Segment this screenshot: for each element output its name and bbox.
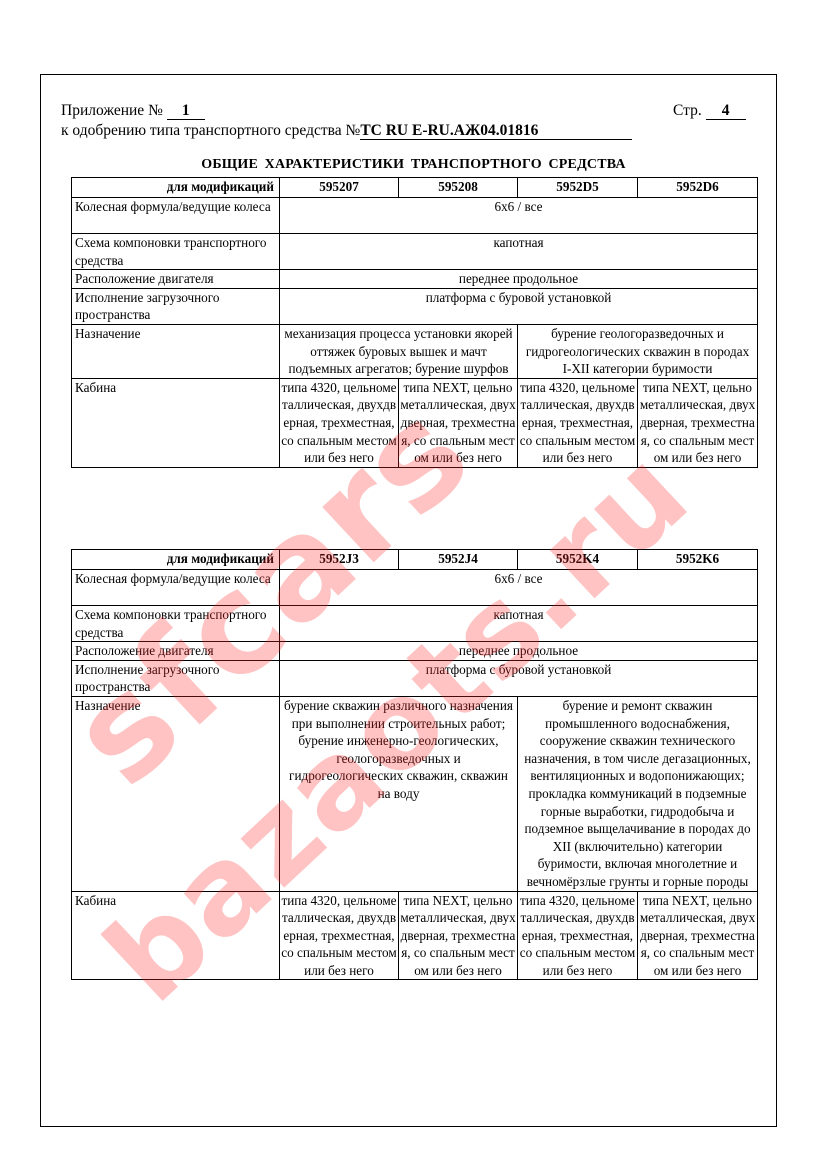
approval-line: к одобрению типа транспортного средства … <box>61 122 632 140</box>
row-value: капотная <box>280 606 758 642</box>
row-label: Назначение <box>72 696 280 891</box>
row-value: механизация процесса установки якорей от… <box>280 324 518 378</box>
cabin-cell: типа NEXT, цельнометаллическая, двухдвер… <box>638 378 758 467</box>
cabin-cell: типа 4320, цельнометаллическая, двухдвер… <box>518 378 638 467</box>
model-cell: 595208 <box>399 178 518 198</box>
modifications-label: для модификаций <box>72 178 280 198</box>
table-header-row: для модификаций 5952J3 5952J4 5952K4 595… <box>72 550 758 570</box>
row-value: бурение скважин различного назначения пр… <box>280 696 518 891</box>
table-row: Исполнение загрузочного пространства пла… <box>72 288 758 324</box>
model-cell: 5952J4 <box>399 550 518 570</box>
row-value: платформа с буровой установкой <box>280 660 758 696</box>
appendix-label: Приложение № <box>61 102 163 119</box>
model-cell: 5952J3 <box>280 550 399 570</box>
row-label: Исполнение загрузочного пространства <box>72 288 280 324</box>
appendix-number: 1 <box>167 102 205 120</box>
cabin-cell: типа 4320, цельнометаллическая, двухдвер… <box>280 378 399 467</box>
page-number-line: Стр. 4 <box>673 102 746 120</box>
table-row: Колесная формула/ведущие колеса 6х6 / вс… <box>72 570 758 606</box>
row-label: Схема компоновки транспортного средства <box>72 234 280 270</box>
row-value: 6х6 / все <box>280 198 758 234</box>
table-row: Расположение двигателя переднее продольн… <box>72 642 758 661</box>
row-value: капотная <box>280 234 758 270</box>
cabin-cell: типа 4320, цельнометаллическая, двухдвер… <box>518 891 638 980</box>
appendix-line: Приложение № 1 <box>61 102 205 120</box>
table-row: Схема компоновки транспортного средства … <box>72 606 758 642</box>
model-cell: 5952K6 <box>638 550 758 570</box>
model-cell: 595207 <box>280 178 399 198</box>
table-row: Кабина типа 4320, цельнометаллическая, д… <box>72 891 758 980</box>
row-value: 6х6 / все <box>280 570 758 606</box>
row-label: Расположение двигателя <box>72 642 280 661</box>
row-label: Расположение двигателя <box>72 270 280 289</box>
row-value: переднее продольное <box>280 270 758 289</box>
table-row: Назначение бурение скважин различного на… <box>72 696 758 891</box>
modifications-label: для модификаций <box>72 550 280 570</box>
model-cell: 5952D6 <box>638 178 758 198</box>
row-label: Кабина <box>72 891 280 980</box>
row-label: Назначение <box>72 324 280 378</box>
table-row: Колесная формула/ведущие колеса 6х6 / вс… <box>72 198 758 234</box>
cabin-cell: типа 4320, цельнометаллическая, двухдвер… <box>280 891 399 980</box>
row-label: Исполнение загрузочного пространства <box>72 660 280 696</box>
spec-table-2: для модификаций 5952J3 5952J4 5952K4 595… <box>71 549 758 980</box>
row-value: бурение геологоразведочных и гидрогеолог… <box>518 324 758 378</box>
document-title: ОБЩИЕ ХАРАКТЕРИСТИКИ ТРАНСПОРТНОГО СРЕДС… <box>0 157 827 173</box>
row-value: бурение и ремонт скважин промышленного в… <box>518 696 758 891</box>
spec-table-1: для модификаций 595207 595208 5952D5 595… <box>71 177 758 468</box>
cabin-cell: типа NEXT, цельнометаллическая, двухдвер… <box>399 378 518 467</box>
model-cell: 5952K4 <box>518 550 638 570</box>
page-number: 4 <box>706 102 746 120</box>
approval-label: к одобрению типа транспортного средства … <box>61 122 360 139</box>
model-cell: 5952D5 <box>518 178 638 198</box>
row-label: Схема компоновки транспортного средства <box>72 606 280 642</box>
row-value: платформа с буровой установкой <box>280 288 758 324</box>
row-value: переднее продольное <box>280 642 758 661</box>
page-label: Стр. <box>673 102 702 119</box>
table-header-row: для модификаций 595207 595208 5952D5 595… <box>72 178 758 198</box>
row-label: Колесная формула/ведущие колеса <box>72 570 280 606</box>
row-label: Кабина <box>72 378 280 467</box>
table-row: Расположение двигателя переднее продольн… <box>72 270 758 289</box>
table-row: Схема компоновки транспортного средства … <box>72 234 758 270</box>
table-row: Назначение механизация процесса установк… <box>72 324 758 378</box>
cabin-cell: типа NEXT, цельнометаллическая, двухдвер… <box>638 891 758 980</box>
table-row: Кабина типа 4320, цельнометаллическая, д… <box>72 378 758 467</box>
table-row: Исполнение загрузочного пространства пла… <box>72 660 758 696</box>
approval-number: ТС RU E-RU.АЖ04.01816 <box>360 122 632 140</box>
row-label: Колесная формула/ведущие колеса <box>72 198 280 234</box>
cabin-cell: типа NEXT, цельнометаллическая, двухдвер… <box>399 891 518 980</box>
